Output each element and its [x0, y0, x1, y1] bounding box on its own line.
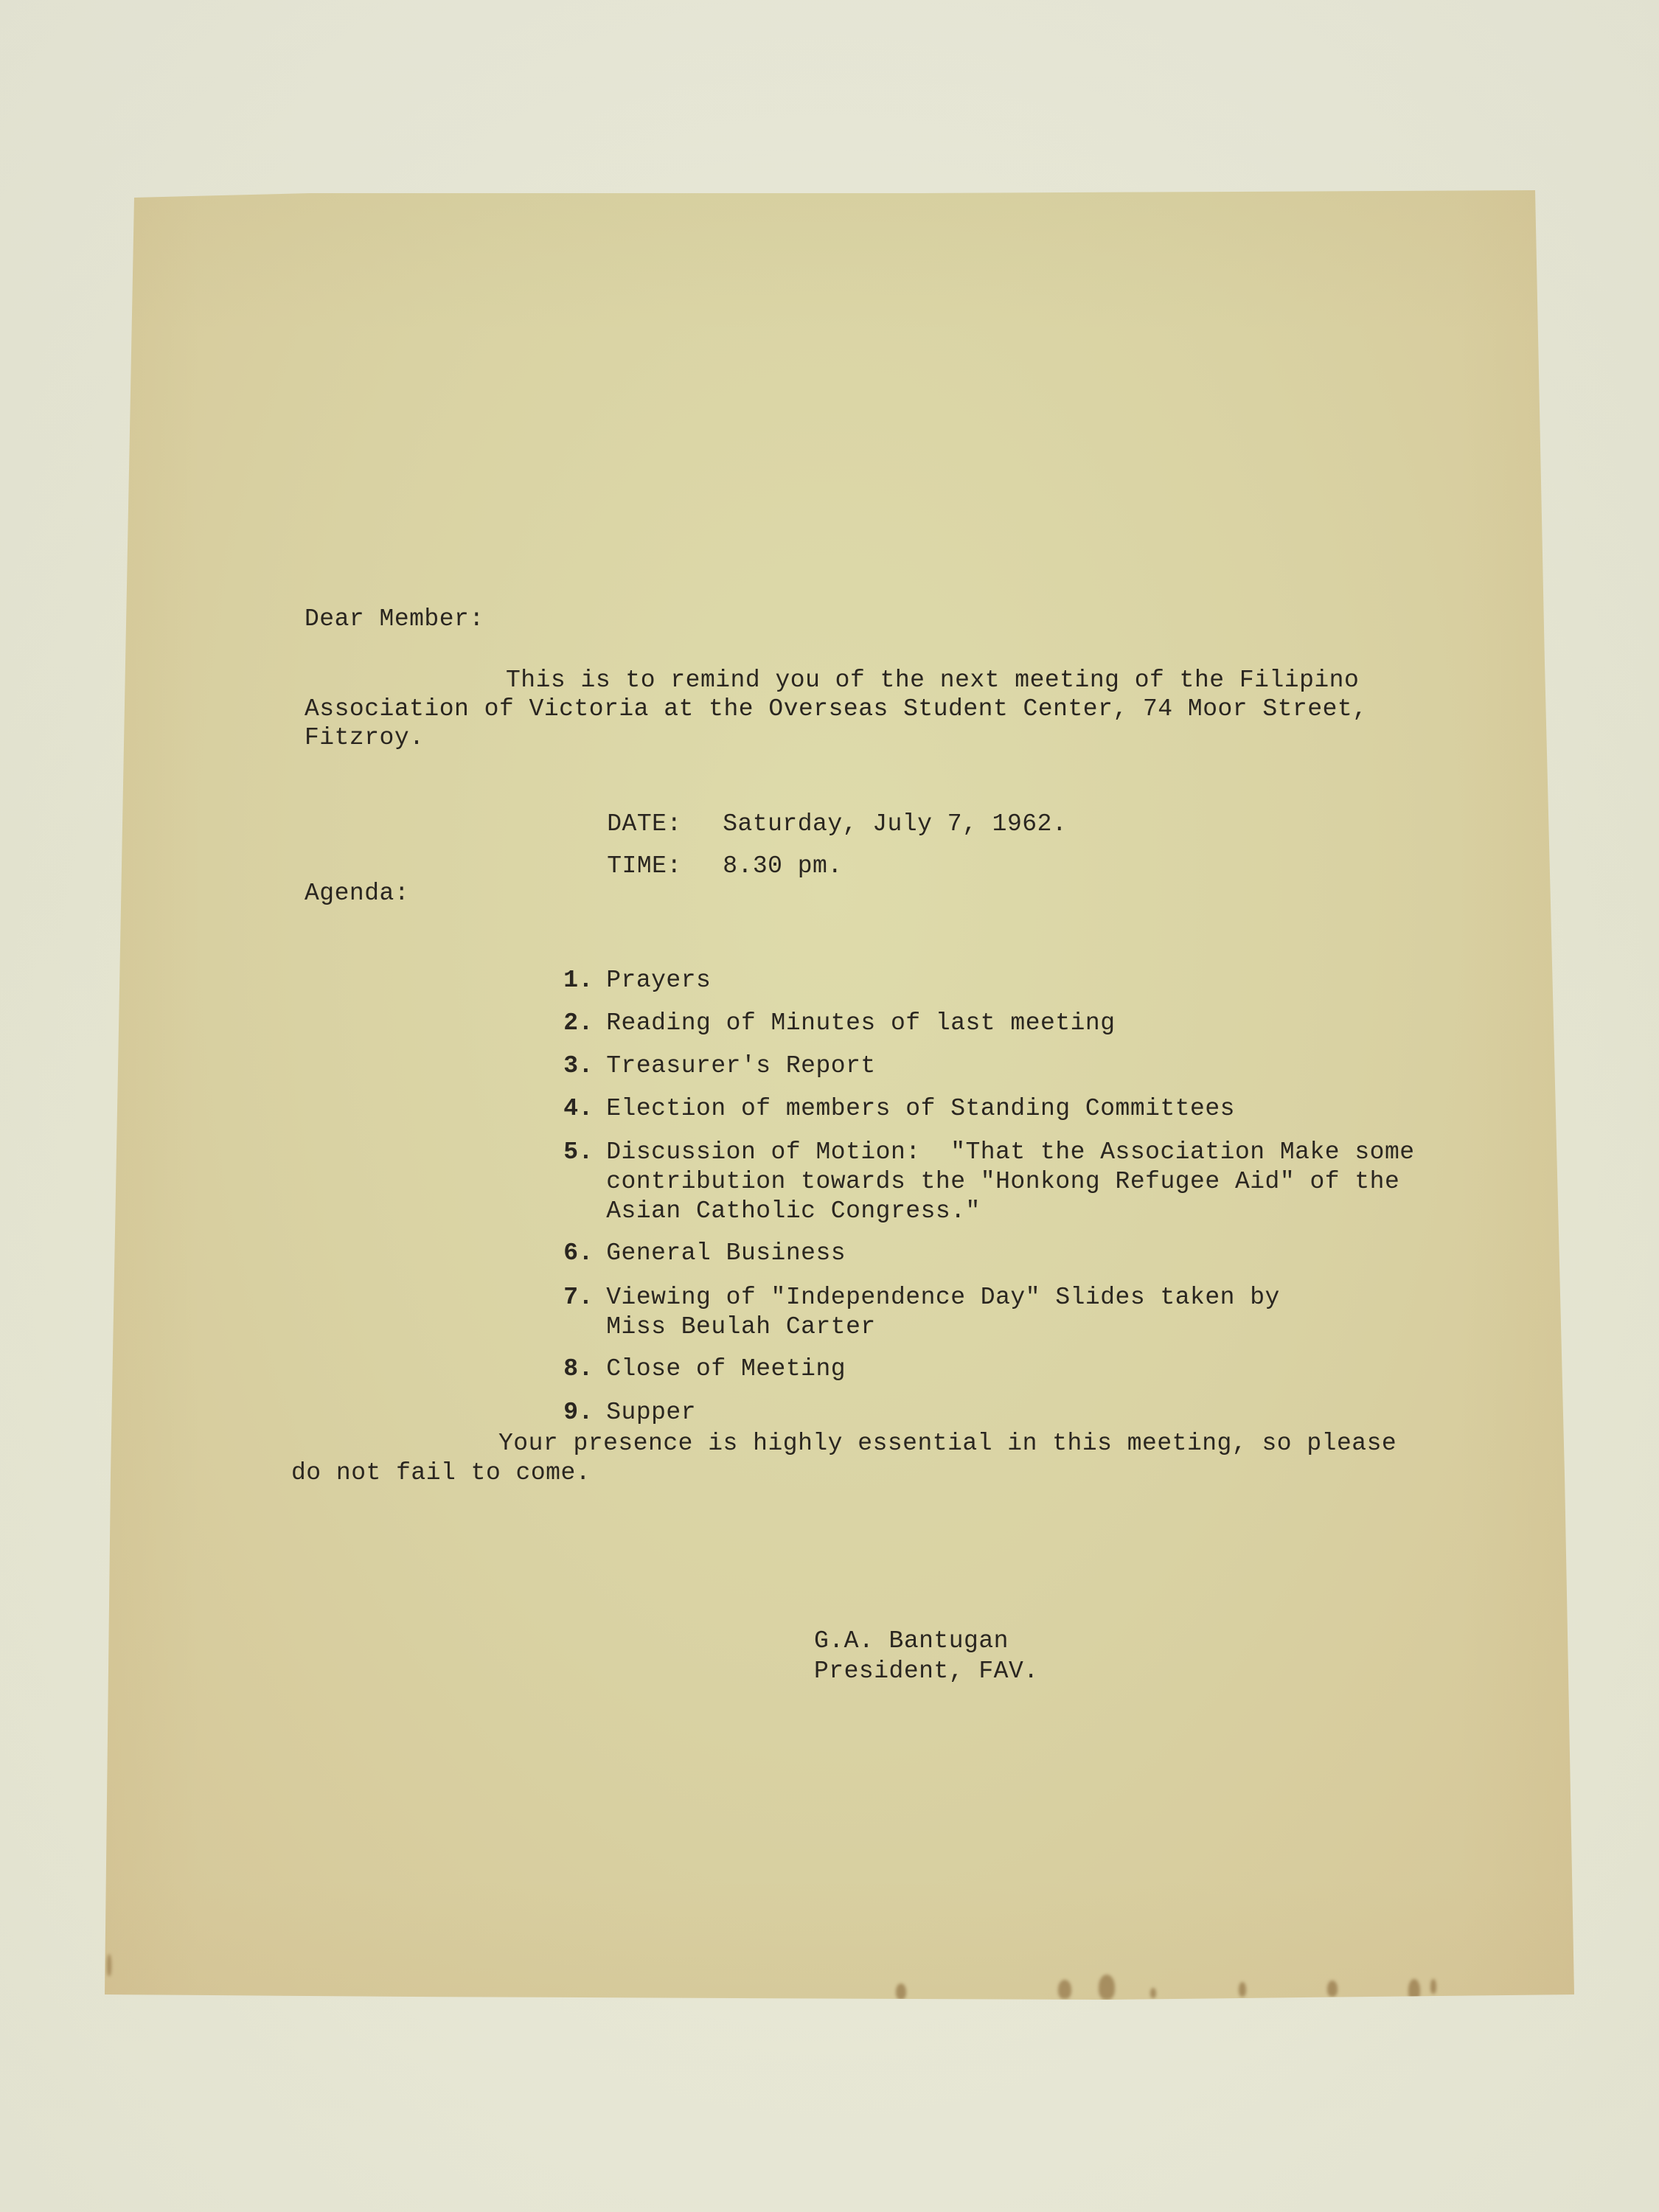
agenda-text: Discussion of Motion: "That the Associat… [606, 1138, 1414, 1166]
intro-line-1: This is to remind you of the next meetin… [506, 666, 1359, 695]
time-row: TIME:8.30 pm. [547, 822, 843, 911]
signature-name: G.A. Bantugan [814, 1627, 1009, 1656]
letter-body: Dear Member: This is to remind you of th… [0, 0, 1659, 2212]
agenda-number: 7. [563, 1283, 606, 1312]
intro-line-3: Fitzroy. [305, 723, 424, 753]
signature-title: President, FAV. [814, 1657, 1039, 1686]
salutation: Dear Member: [305, 605, 484, 634]
intro-line-2: Association of Victoria at the Overseas … [305, 695, 1368, 724]
agenda-text: contribution towards the "Honkong Refuge… [606, 1168, 1399, 1195]
agenda-text: Viewing of "Independence Day" Slides tak… [606, 1284, 1280, 1311]
agenda-number: 9. [563, 1398, 606, 1427]
agenda-text: Supper [606, 1399, 696, 1426]
agenda-heading: Agenda: [305, 879, 409, 908]
time-value: 8.30 pm. [723, 852, 842, 880]
agenda-number: 5. [563, 1138, 606, 1167]
closing-line-2: do not fail to come. [291, 1458, 591, 1488]
closing-line-1: Your presence is highly essential in thi… [498, 1429, 1397, 1458]
time-label: TIME: [607, 852, 723, 881]
